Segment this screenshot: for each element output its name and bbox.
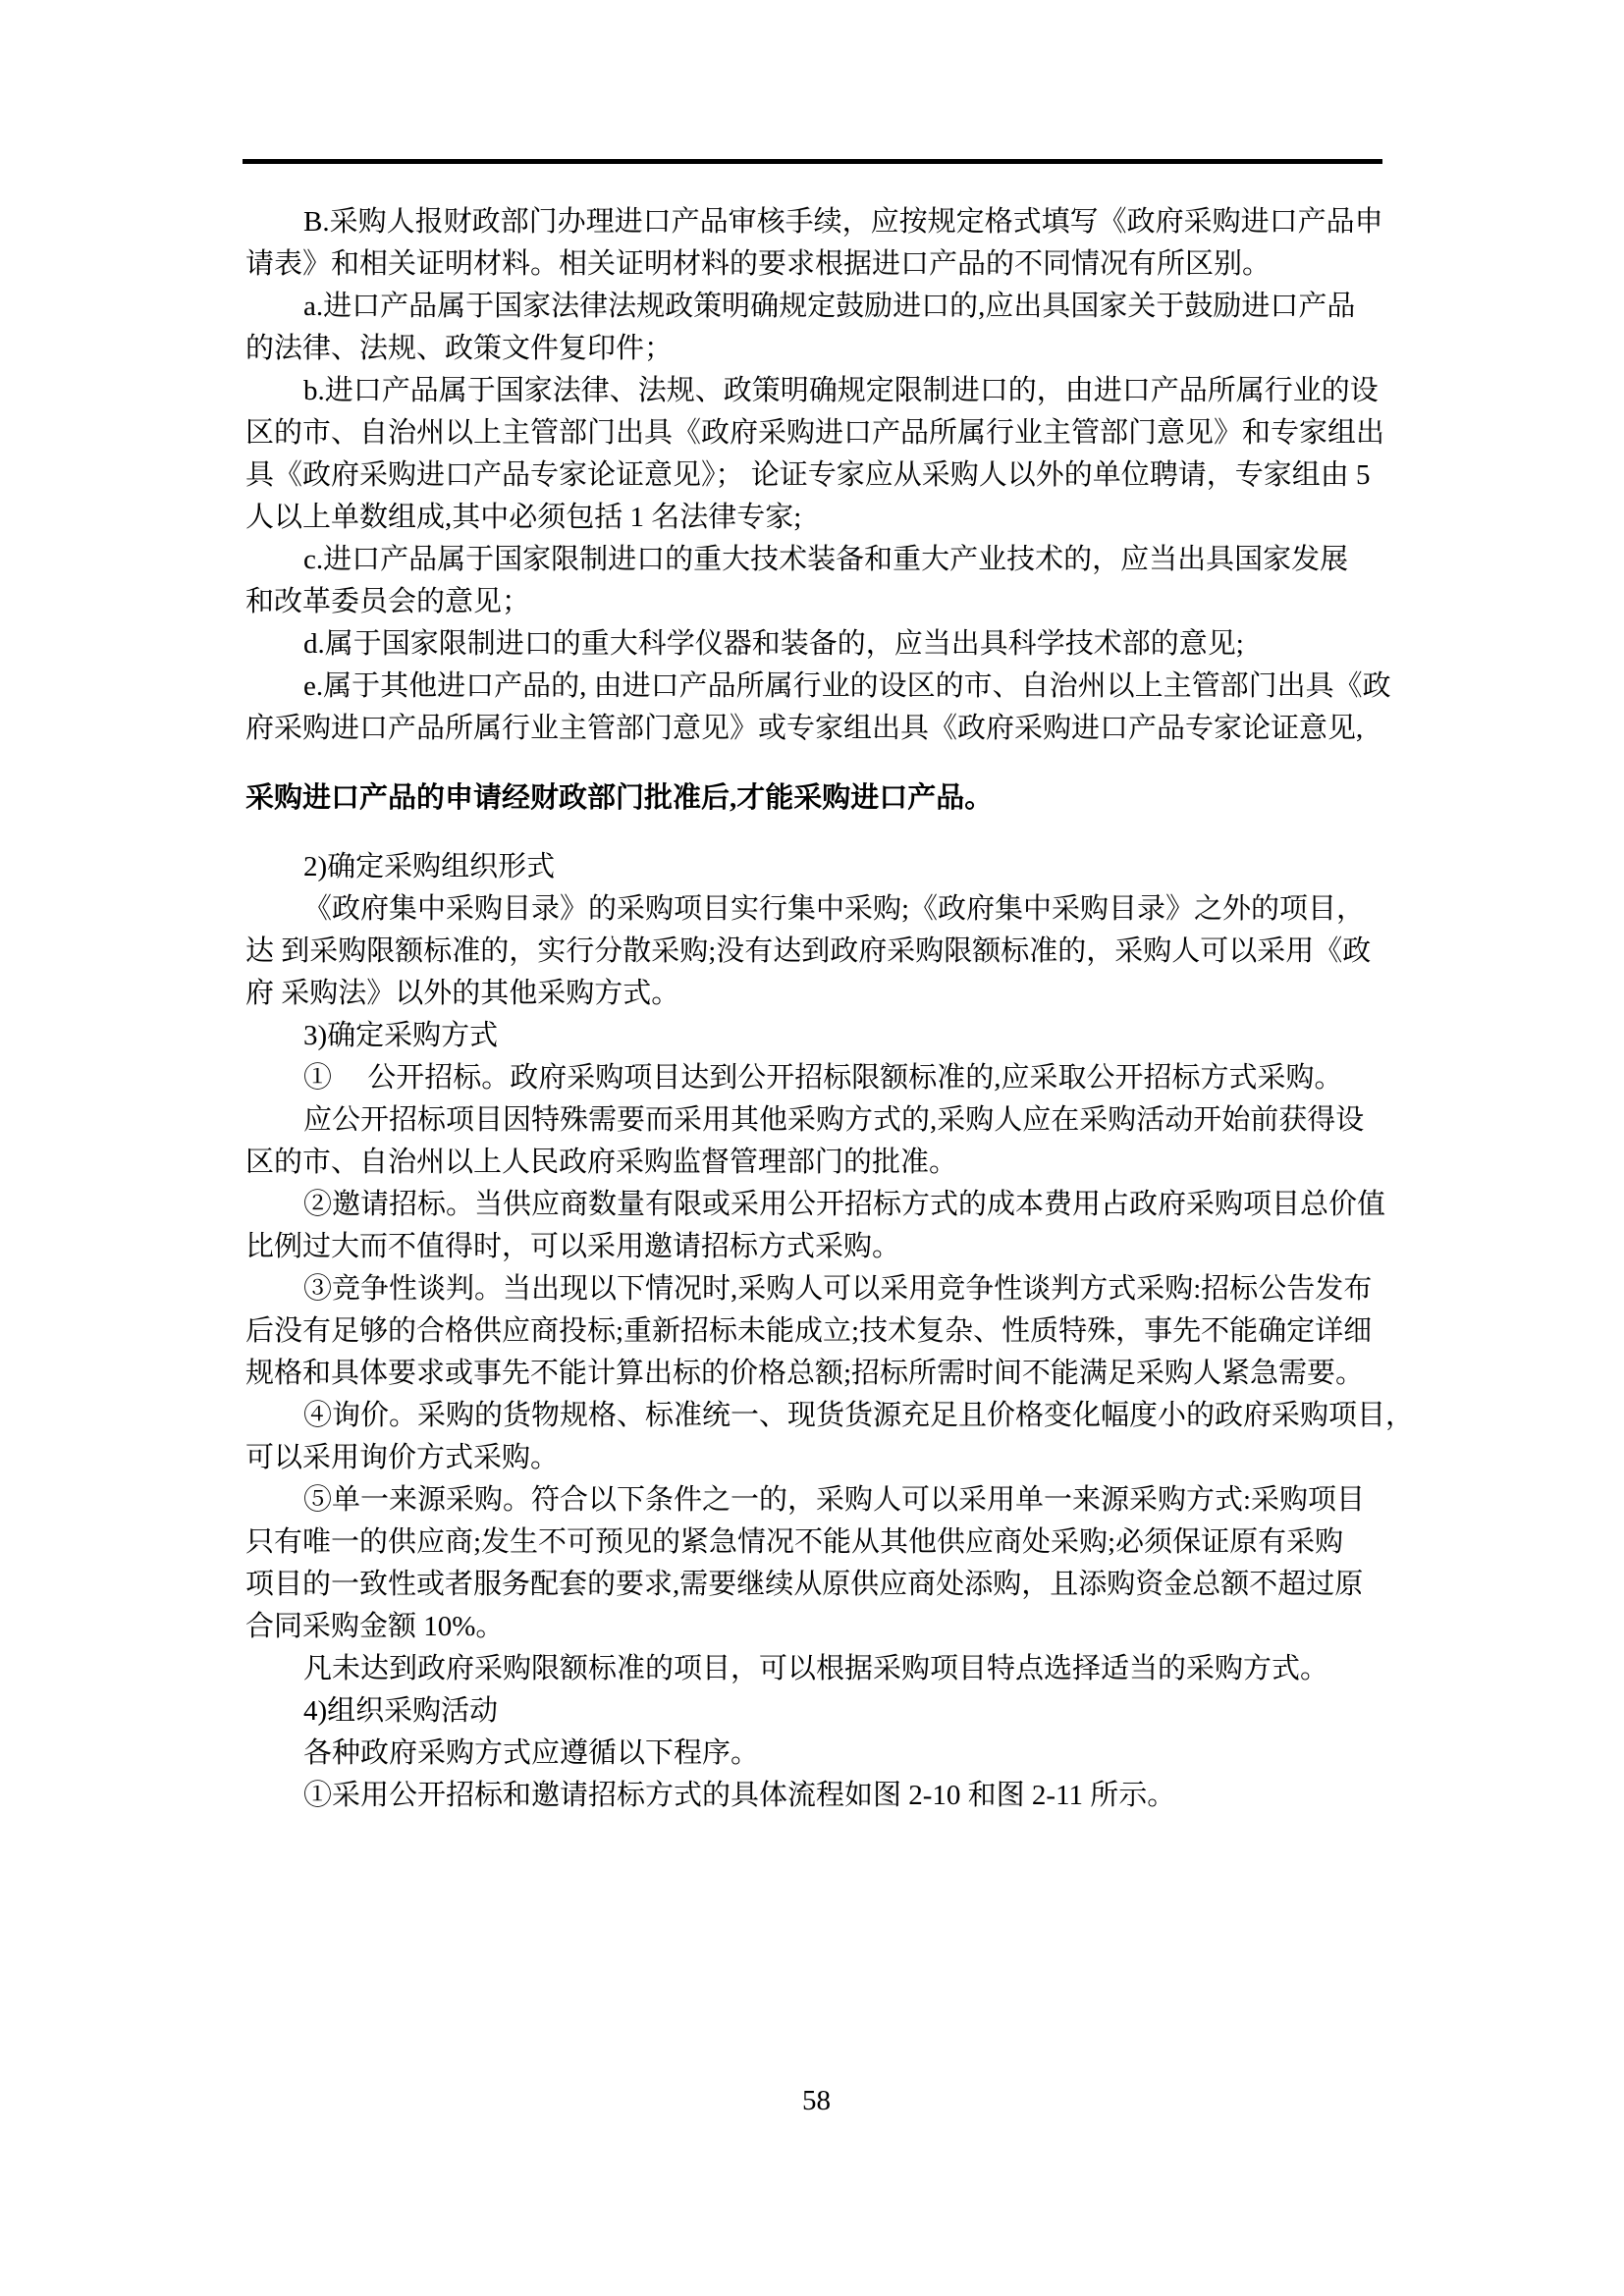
text-line: 请表》和相关证明材料。相关证明材料的要求根据进口产品的不同情况有所区别。: [245, 243, 1387, 286]
text-line: 只有唯一的供应商;发生不可预见的紧急情况不能从其他供应商处采购;必须保证原有采购: [245, 1522, 1387, 1564]
text-line: B.采购人报财政部门办理进口产品审核手续，应按规定格式填写《政府采购进口产品申: [245, 201, 1387, 243]
text-line: 2)确定采购组织形式: [245, 846, 1387, 888]
text-line: 区的市、自治州以上人民政府采购监督管理部门的批准。: [245, 1142, 1387, 1184]
text-line: 应公开招标项目因特殊需要而采用其他采购方式的,采购人应在采购活动开始前获得设: [245, 1099, 1387, 1142]
text-line: 各种政府采购方式应遵循以下程序。: [245, 1733, 1387, 1775]
text-line: e.属于其他进口产品的, 由进口产品所属行业的设区的市、自治州以上主管部门出具《…: [245, 666, 1387, 708]
text-line: c.进口产品属于国家限制进口的重大技术装备和重大产业技术的，应当出具国家发展: [245, 539, 1387, 581]
text-line: 《政府集中采购目录》的采购项目实行集中采购;《政府集中采购目录》之外的项目，: [245, 888, 1387, 931]
text-line: ⑤单一来源采购。符合以下条件之一的，采购人可以采用单一来源采购方式:采购项目: [245, 1479, 1387, 1522]
text-line: ③竞争性谈判。当出现以下情况时,采购人可以采用竞争性谈判方式采购:招标公告发布: [245, 1268, 1387, 1310]
text-line: 3)确定采购方式: [245, 1015, 1387, 1057]
page-number: 58: [245, 2083, 1387, 2118]
document-page: B.采购人报财政部门办理进口产品审核手续，应按规定格式填写《政府采购进口产品申请…: [0, 0, 1624, 2296]
text-line: 规格和具体要求或事先不能计算出标的价格总额;招标所需时间不能满足采购人紧急需要。: [245, 1353, 1387, 1395]
text-line: 凡未达到政府采购限额标准的项目，可以根据采购项目特点选择适当的采购方式。: [245, 1648, 1387, 1690]
emphasis-line: 采购进口产品的申请经财政部门批准后,才能采购进口产品。: [245, 777, 1387, 820]
text-line: ① 公开招标。政府采购项目达到公开招标限额标准的,应采取公开招标方式采购。: [245, 1057, 1387, 1099]
text-line: b.进口产品属于国家法律、法规、政策明确规定限制进口的，由进口产品所属行业的设: [245, 370, 1387, 412]
text-line: 后没有足够的合格供应商投标;重新招标未能成立;技术复杂、性质特殊，事先不能确定详…: [245, 1310, 1387, 1353]
text-line: 人以上单数组成,其中必须包括 1 名法律专家;: [245, 497, 1387, 539]
text-line: 具《政府采购进口产品专家论证意见》； 论证专家应从采购人以外的单位聘请，专家组由…: [245, 454, 1387, 497]
text-line: 4)组织采购活动: [245, 1690, 1387, 1733]
text-line: a.进口产品属于国家法律法规政策明确规定鼓励进口的,应出具国家关于鼓励进口产品: [245, 286, 1387, 328]
text-line: 区的市、自治州以上主管部门出具《政府采购进口产品所属行业主管部门意见》和专家组出: [245, 412, 1387, 454]
text-line: 达 到采购限额标准的，实行分散采购;没有达到政府采购限额标准的，采购人可以采用《…: [245, 931, 1387, 973]
text-line: 和改革委员会的意见；: [245, 581, 1387, 623]
text-line: 府 采购法》以外的其他采购方式。: [245, 973, 1387, 1015]
text-line: 合同采购金额 10%。: [245, 1606, 1387, 1648]
text-line: ①采用公开招标和邀请招标方式的具体流程如图 2-10 和图 2-11 所示。: [245, 1775, 1387, 1817]
text-line: 可以采用询价方式采购。: [245, 1437, 1387, 1479]
text-line: ②邀请招标。当供应商数量有限或采用公开招标方式的成本费用占政府采购项目总价值: [245, 1184, 1387, 1226]
text-line: ④询价。采购的货物规格、标准统一、现货货源充足且价格变化幅度小的政府采购项目，: [245, 1395, 1387, 1437]
text-line: 府采购进口产品所属行业主管部门意见》或专家组出具《政府采购进口产品专家论证意见,: [245, 708, 1387, 750]
document-body: B.采购人报财政部门办理进口产品审核手续，应按规定格式填写《政府采购进口产品申请…: [245, 201, 1387, 1817]
text-line: d.属于国家限制进口的重大科学仪器和装备的，应当出具科学技术部的意见;: [245, 623, 1387, 666]
text-line: 比例过大而不值得时，可以采用邀请招标方式采购。: [245, 1226, 1387, 1268]
header-rule: [243, 159, 1382, 164]
text-line: 项目的一致性或者服务配套的要求,需要继续从原供应商处添购，且添购资金总额不超过原: [245, 1564, 1387, 1606]
text-line: 的法律、法规、政策文件复印件；: [245, 328, 1387, 370]
